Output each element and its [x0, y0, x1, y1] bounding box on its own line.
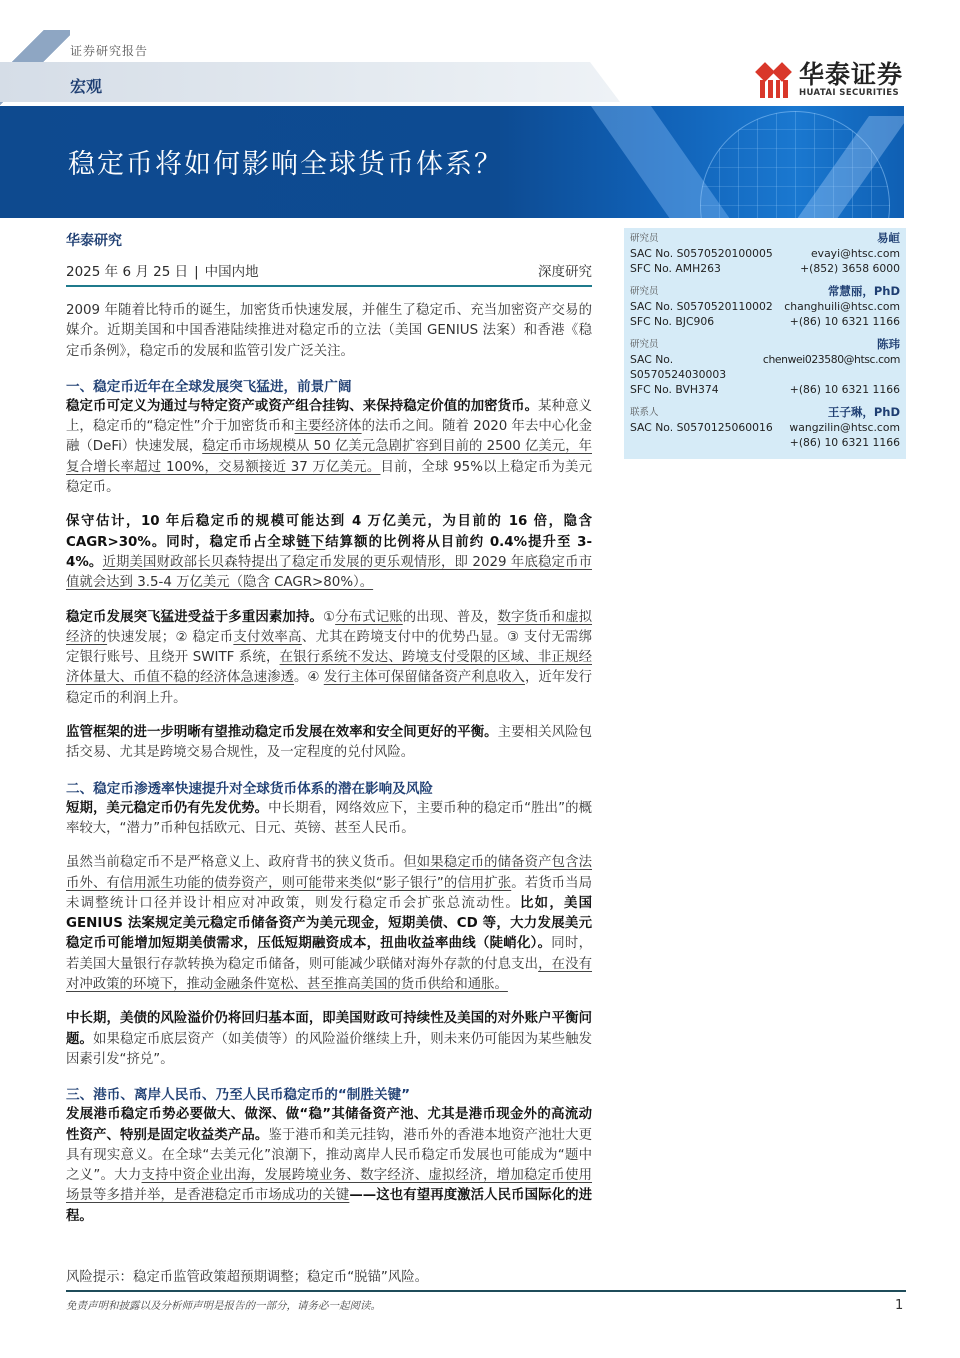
- analyst-role: 联系人: [630, 405, 659, 420]
- meta-row: 2025 年 6 月 25 日|中国内地 深度研究: [66, 260, 592, 287]
- analyst-sac: SAC No. S0570524030003: [630, 352, 763, 382]
- company-logo: 华泰证券 HUATAI SECURITIES: [757, 62, 903, 98]
- section-1-paragraph-4: 监管框架的进一步明晰有望推动稳定币发展在效率和安全间更好的平衡。主要相关风险包括…: [66, 723, 592, 764]
- brand-subtitle: 华泰研究: [66, 230, 592, 250]
- footer-disclaimer: 免责声明和披露以及分析师声明是报告的一部分，请务必一起阅读。: [66, 1298, 381, 1313]
- analyst-role: 研究员: [630, 284, 659, 299]
- section-2-paragraph-1: 短期，美元稳定币仍有先发优势。中长期看，网络效应下，主要币种的稳定币“胜出”的概…: [66, 799, 592, 840]
- report-date: 2025 年 6 月 25 日: [66, 264, 188, 280]
- logo-text-en: HUATAI SECURITIES: [799, 88, 903, 98]
- analyst-email[interactable]: changhuili@htsc.com: [784, 299, 900, 314]
- risk-note: 风险提示：稳定币监管政策超预期调整；稳定币“脱锚”风险。: [66, 1266, 428, 1285]
- analyst-card: 研究员陈玮 SAC No. S0570524030003chenwei02358…: [630, 337, 900, 397]
- report-type-label: 证券研究报告: [70, 42, 148, 59]
- report-kind: 深度研究: [538, 260, 592, 280]
- analyst-sfc: SFC No. AMH263: [630, 261, 721, 276]
- section-3-paragraph-1: 发展港币稳定币势必要做大、做深、做“稳”其储备资产池、尤其是港币现金外的高流动性…: [66, 1105, 592, 1227]
- logo-text-cn: 华泰证券: [799, 62, 903, 88]
- analyst-card: 研究员常慧丽，PhD SAC No. S0570520110002changhu…: [630, 284, 900, 329]
- section-2-paragraph-2: 虽然当前稳定币不是严格意义上、政府背书的狭义货币。但如果稳定币的储备资产包含法币…: [66, 853, 592, 995]
- analyst-phone: +(86) 10 6321 1166: [790, 382, 900, 397]
- analyst-role: 研究员: [630, 231, 659, 246]
- main-column: 华泰研究 2025 年 6 月 25 日|中国内地 深度研究 2009 年随着比…: [66, 230, 592, 1227]
- analyst-sac: SAC No. S0570520110002: [630, 299, 773, 314]
- section-1-paragraph-2: 保守估计，10 年后稳定币的规模可能达到 4 万亿美元，为目前的 16 倍，隐含…: [66, 512, 592, 593]
- section-2-paragraph-3: 中长期，美债的风险溢价仍将回归基本面，即美国财政可持续性及美国的对外账户平衡问题…: [66, 1009, 592, 1070]
- section-1-paragraph-3: 稳定币发展突飞猛进受益于多重因素加持。①分布式记账的出现、普及，数字货币和虚拟经…: [66, 608, 592, 709]
- analyst-name: 易峘: [877, 231, 900, 246]
- section-1-paragraph-1: 稳定币可定义为通过与特定资产或资产组合挂钩、来保持稳定价值的加密货币。某种意义上…: [66, 397, 592, 498]
- footer-divider: [66, 1290, 906, 1292]
- analyst-email[interactable]: evayi@htsc.com: [811, 246, 900, 261]
- analyst-card: 研究员易峘 SAC No. S0570520100005evayi@htsc.c…: [630, 231, 900, 276]
- analyst-phone: +(86) 10 6321 1166: [790, 314, 900, 329]
- analyst-sfc: SFC No. BVH374: [630, 382, 719, 397]
- analyst-card: 联系人王子琳，PhD SAC No. S0570125060016wangzil…: [630, 405, 900, 450]
- logo-mark-icon: [757, 62, 791, 98]
- analyst-name: 常慧丽，PhD: [828, 284, 900, 299]
- section-3-heading: 三、港币、离岸人民币、乃至人民币稳定币的“制胜关键”: [66, 1085, 592, 1105]
- analyst-sac: SAC No. S0570125060016: [630, 420, 773, 435]
- analyst-name: 王子琳，PhD: [828, 405, 900, 420]
- analyst-name: 陈玮: [877, 337, 900, 352]
- page-number: 1: [895, 1298, 903, 1313]
- analyst-sfc: SFC No. BJC906: [630, 314, 714, 329]
- report-region: 中国内地: [205, 264, 259, 280]
- title-banner: 稳定币将如何影响全球货币体系？: [0, 106, 904, 218]
- analyst-email[interactable]: chenwei023580@htsc.com: [763, 352, 900, 382]
- analyst-box: 研究员易峘 SAC No. S0570520100005evayi@htsc.c…: [624, 228, 906, 459]
- section-1-heading: 一、稳定币近年在全球发展突飞猛进，前景广阔: [66, 377, 592, 397]
- sector-label: 宏观: [70, 74, 102, 97]
- analyst-sac: SAC No. S0570520100005: [630, 246, 773, 261]
- analyst-email[interactable]: wangzilin@htsc.com: [789, 420, 900, 435]
- analyst-phone: +(852) 3658 6000: [800, 261, 900, 276]
- analyst-role: 研究员: [630, 337, 659, 352]
- analyst-phone: +(86) 10 6321 1166: [790, 435, 900, 450]
- section-2-heading: 二、稳定币渗透率快速提升对全球货币体系的潜在影响及风险: [66, 779, 592, 799]
- report-title: 稳定币将如何影响全球货币体系？: [68, 142, 503, 181]
- intro-paragraph: 2009 年随着比特币的诞生，加密货币快速发展，并催生了稳定币、充当加密资产交易…: [66, 301, 592, 362]
